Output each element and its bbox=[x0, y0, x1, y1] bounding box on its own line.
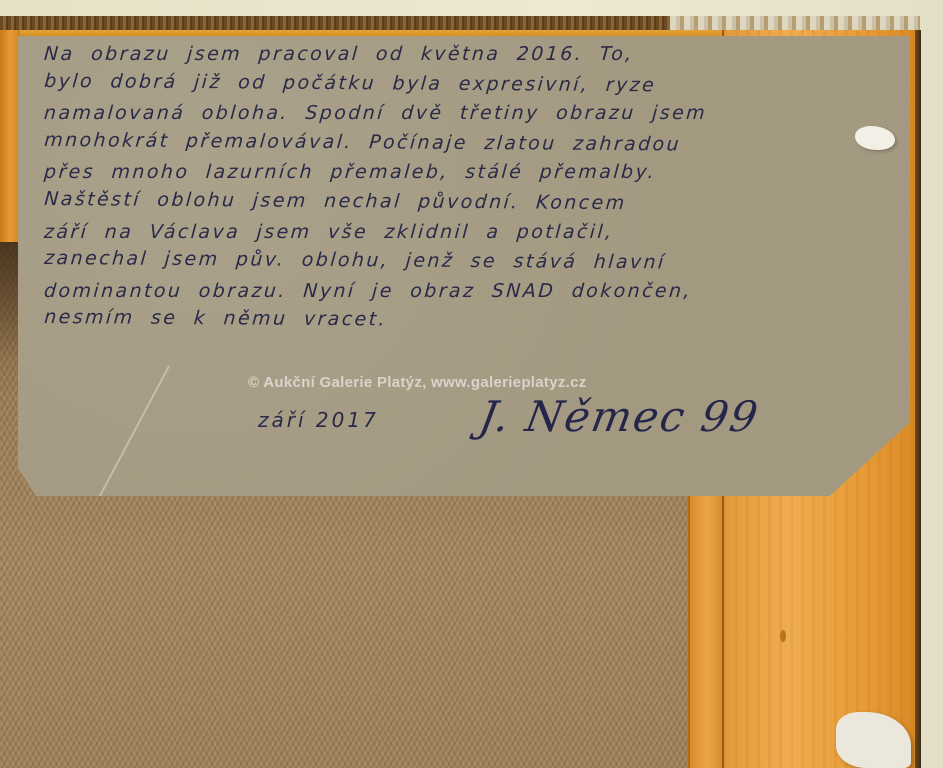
note-date: září 2017 bbox=[258, 408, 379, 432]
label-crease bbox=[88, 366, 170, 517]
handwritten-note: Na obrazu jsem pracoval od května 2016. … bbox=[44, 40, 894, 336]
stretcher-bar-left bbox=[0, 30, 20, 245]
frame-right-edge bbox=[915, 30, 921, 768]
note-line: září na Václava jsem vše zklidnil a potl… bbox=[43, 218, 895, 248]
note-line: bylo dobrá již od počátku byla expresivn… bbox=[43, 67, 895, 103]
note-line: nesmím se k němu vracet. bbox=[43, 303, 895, 339]
frame-top-edge bbox=[0, 16, 920, 30]
stretcher-bar-inner bbox=[688, 495, 724, 768]
note-line: dominantou obrazu. Nyní je obraz SNAD do… bbox=[43, 277, 895, 307]
note-line: zanechal jsem pův. oblohu, jenž se stává… bbox=[43, 244, 895, 280]
note-line: namalovaná obloha. Spodní dvě třetiny ob… bbox=[43, 99, 895, 129]
copyright-watermark: © Aukční Galerie Platýz, www.galerieplat… bbox=[248, 374, 587, 391]
wood-knot bbox=[780, 630, 786, 642]
note-line: Na obrazu jsem pracoval od května 2016. … bbox=[43, 40, 895, 70]
note-line: mnohokrát přemalovával. Počínaje zlatou … bbox=[43, 126, 895, 162]
note-line: přes mnoho lazurních přemaleb, stálé pře… bbox=[43, 158, 895, 188]
torn-paper-strip bbox=[670, 16, 920, 30]
note-line: Naštěstí oblohu jsem nechal původní. Kon… bbox=[43, 185, 895, 221]
artist-signature: J. Němec 99 bbox=[476, 392, 764, 441]
